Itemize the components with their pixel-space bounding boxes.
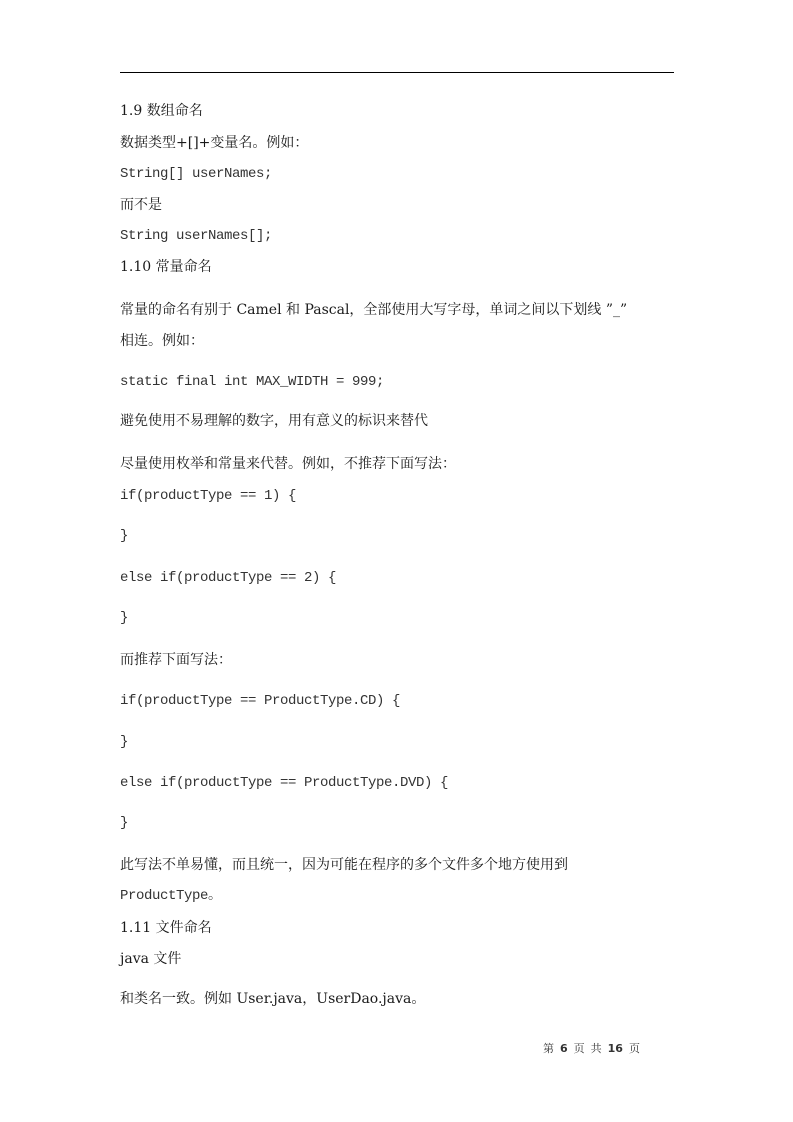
total-pages-number: 16 (608, 1042, 623, 1055)
paragraph: 而推荐下面写法： (120, 650, 232, 670)
code-line: } (120, 608, 128, 628)
paragraph: java 文件 (120, 949, 181, 969)
paragraph: 此写法不单易懂，而且统一，因为可能在程序的多个文件多个地方使用到 (120, 855, 568, 875)
code-line: static final int MAX_WIDTH = 999; (120, 372, 384, 392)
paragraph: 常量的命名有别于 Camel 和 Pascal，全部使用大写字母，单词之间以下划… (120, 300, 627, 320)
paragraph: 和类名一致。例如 User.java，UserDao.java。 (120, 989, 425, 1009)
page-footer: 第6页共16页 (540, 1040, 643, 1058)
paragraph: 数据类型+[]+变量名。例如： (120, 133, 308, 153)
footer-prefix: 第 (543, 1042, 554, 1055)
code-line: else if(productType == ProductType.DVD) … (120, 773, 448, 793)
paragraph: 相连。例如： (120, 331, 204, 351)
footer-suffix: 页 (629, 1042, 640, 1055)
section-heading-file-naming: 1.11 文件命名 (120, 918, 212, 938)
footer-page-word: 页 (574, 1042, 585, 1055)
code-line: } (120, 732, 128, 752)
code-line: String userNames[]; (120, 226, 272, 246)
header-rule (120, 72, 674, 73)
code-line: else if(productType == 2) { (120, 568, 336, 588)
section-heading-array-naming: 1.9 数组命名 (120, 101, 203, 121)
section-heading-constant-naming: 1.10 常量命名 (120, 257, 212, 277)
document-page: 1.9 数组命名 数据类型+[]+变量名。例如： String[] userNa… (0, 0, 793, 1122)
current-page-number: 6 (560, 1042, 568, 1055)
footer-total-word: 共 (591, 1042, 602, 1055)
paragraph: 而不是 (120, 195, 162, 215)
code-line: ProductType。 (120, 886, 222, 906)
code-line: String[] userNames; (120, 164, 272, 184)
code-line: } (120, 526, 128, 546)
paragraph: 避免使用不易理解的数字，用有意义的标识来替代 (120, 411, 428, 431)
paragraph: 尽量使用枚举和常量来代替。例如，不推荐下面写法： (120, 454, 456, 474)
code-line: if(productType == 1) { (120, 486, 296, 506)
code-line: if(productType == ProductType.CD) { (120, 691, 400, 711)
code-line: } (120, 813, 128, 833)
